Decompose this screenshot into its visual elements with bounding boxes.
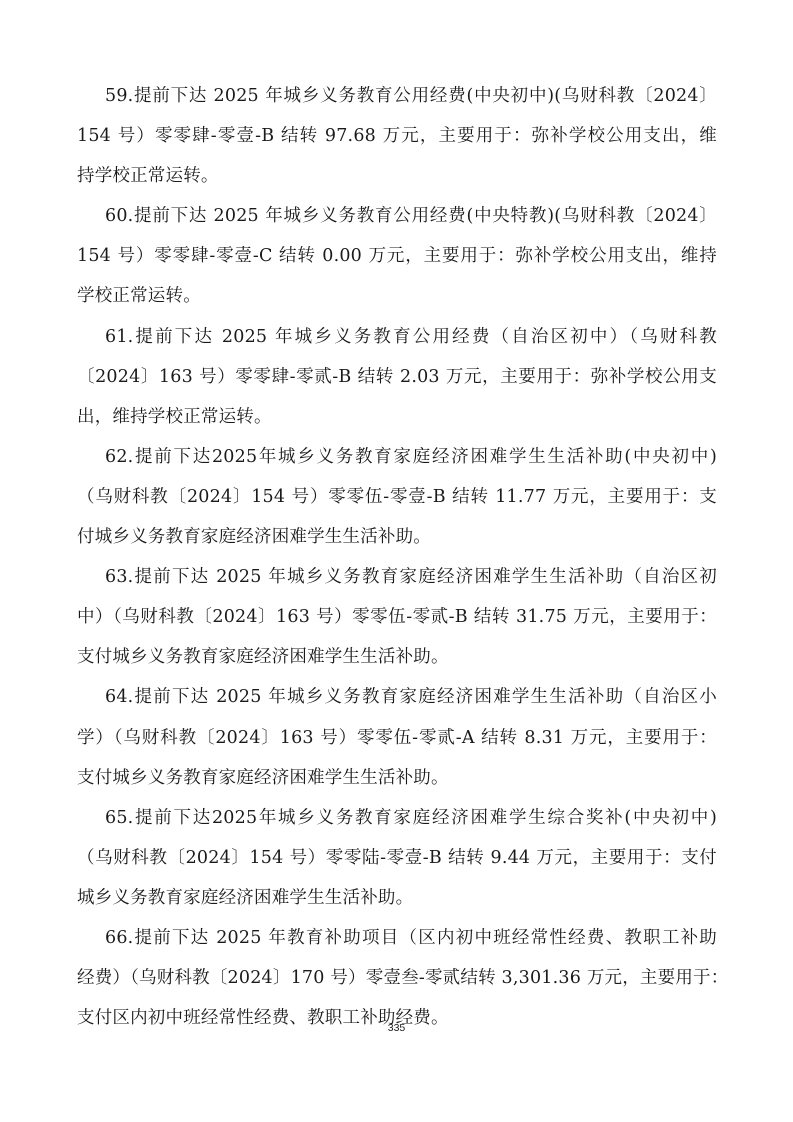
paragraph-59: 59.提前下达 2025 年城乡义务教育公用经费(中央初中)(乌财科教〔2024… [77,82,717,202]
document-body: 59.提前下达 2025 年城乡义务教育公用经费(中央初中)(乌财科教〔2024… [77,82,717,1044]
paragraph-line: 学）（乌财科教〔2024〕163 号）零零伍-零贰-A 结转 8.31 万元，主… [77,724,717,764]
paragraph-line: （乌财科教〔2024〕154 号）零零伍-零壹-B 结转 11.77 万元，主要… [77,483,717,523]
paragraph-line: （乌财科教〔2024〕154 号）零零陆-零壹-B 结转 9.44 万元，主要用… [77,844,717,884]
paragraph-line: 中）（乌财科教〔2024〕163 号）零零伍-零贰-B 结转 31.75 万元，… [77,603,717,643]
paragraph-line: 出，维持学校正常运转。 [77,403,717,443]
paragraph-63: 63.提前下达 2025 年城乡义务教育家庭经济困难学生生活补助（自治区初 中）… [77,563,717,683]
paragraph-line: 64.提前下达 2025 年城乡义务教育家庭经济困难学生生活补助（自治区小 [77,683,717,723]
paragraph-line: 66.提前下达 2025 年教育补助项目（区内初中班经常性经费、教职工补助 [77,924,717,964]
paragraph-line: 62.提前下达2025年城乡义务教育家庭经济困难学生生活补助(中央初中) [77,443,717,483]
paragraph-62: 62.提前下达2025年城乡义务教育家庭经济困难学生生活补助(中央初中) （乌财… [77,443,717,563]
paragraph-line: 63.提前下达 2025 年城乡义务教育家庭经济困难学生生活补助（自治区初 [77,563,717,603]
paragraph-line: 学校正常运转。 [77,282,717,322]
paragraph-line: 持学校正常运转。 [77,162,717,202]
paragraph-line: 支付城乡义务教育家庭经济困难学生生活补助。 [77,764,717,804]
paragraph-line: 61.提前下达 2025 年城乡义务教育公用经费（自治区初中）（乌财科教 [77,323,717,363]
paragraph-line: 59.提前下达 2025 年城乡义务教育公用经费(中央初中)(乌财科教〔2024… [77,82,717,122]
page-number: 335 [0,1022,793,1034]
paragraph-65: 65.提前下达2025年城乡义务教育家庭经济困难学生综合奖补(中央初中) （乌财… [77,804,717,924]
paragraph-line: 〔2024〕163 号）零零肆-零贰-B 结转 2.03 万元，主要用于：弥补学… [77,363,717,403]
paragraph-line: 城乡义务教育家庭经济困难学生生活补助。 [77,884,717,924]
paragraph-line: 60.提前下达 2025 年城乡义务教育公用经费(中央特教)(乌财科教〔2024… [77,202,717,242]
paragraph-line: 付城乡义务教育家庭经济困难学生生活补助。 [77,523,717,563]
paragraph-60: 60.提前下达 2025 年城乡义务教育公用经费(中央特教)(乌财科教〔2024… [77,202,717,322]
paragraph-line: 支付城乡义务教育家庭经济困难学生生活补助。 [77,643,717,683]
paragraph-line: 经费）（乌财科教〔2024〕170 号）零壹叁-零贰结转 3,301.36 万元… [77,964,717,1004]
paragraph-61: 61.提前下达 2025 年城乡义务教育公用经费（自治区初中）（乌财科教 〔20… [77,323,717,443]
document-page: 59.提前下达 2025 年城乡义务教育公用经费(中央初中)(乌财科教〔2024… [0,0,793,1122]
paragraph-line: 154 号）零零肆-零壹-C 结转 0.00 万元，主要用于：弥补学校公用支出，… [77,242,717,282]
paragraph-64: 64.提前下达 2025 年城乡义务教育家庭经济困难学生生活补助（自治区小 学）… [77,683,717,803]
paragraph-line: 154 号）零零肆-零壹-B 结转 97.68 万元，主要用于：弥补学校公用支出… [77,122,717,162]
paragraph-line: 65.提前下达2025年城乡义务教育家庭经济困难学生综合奖补(中央初中) [77,804,717,844]
